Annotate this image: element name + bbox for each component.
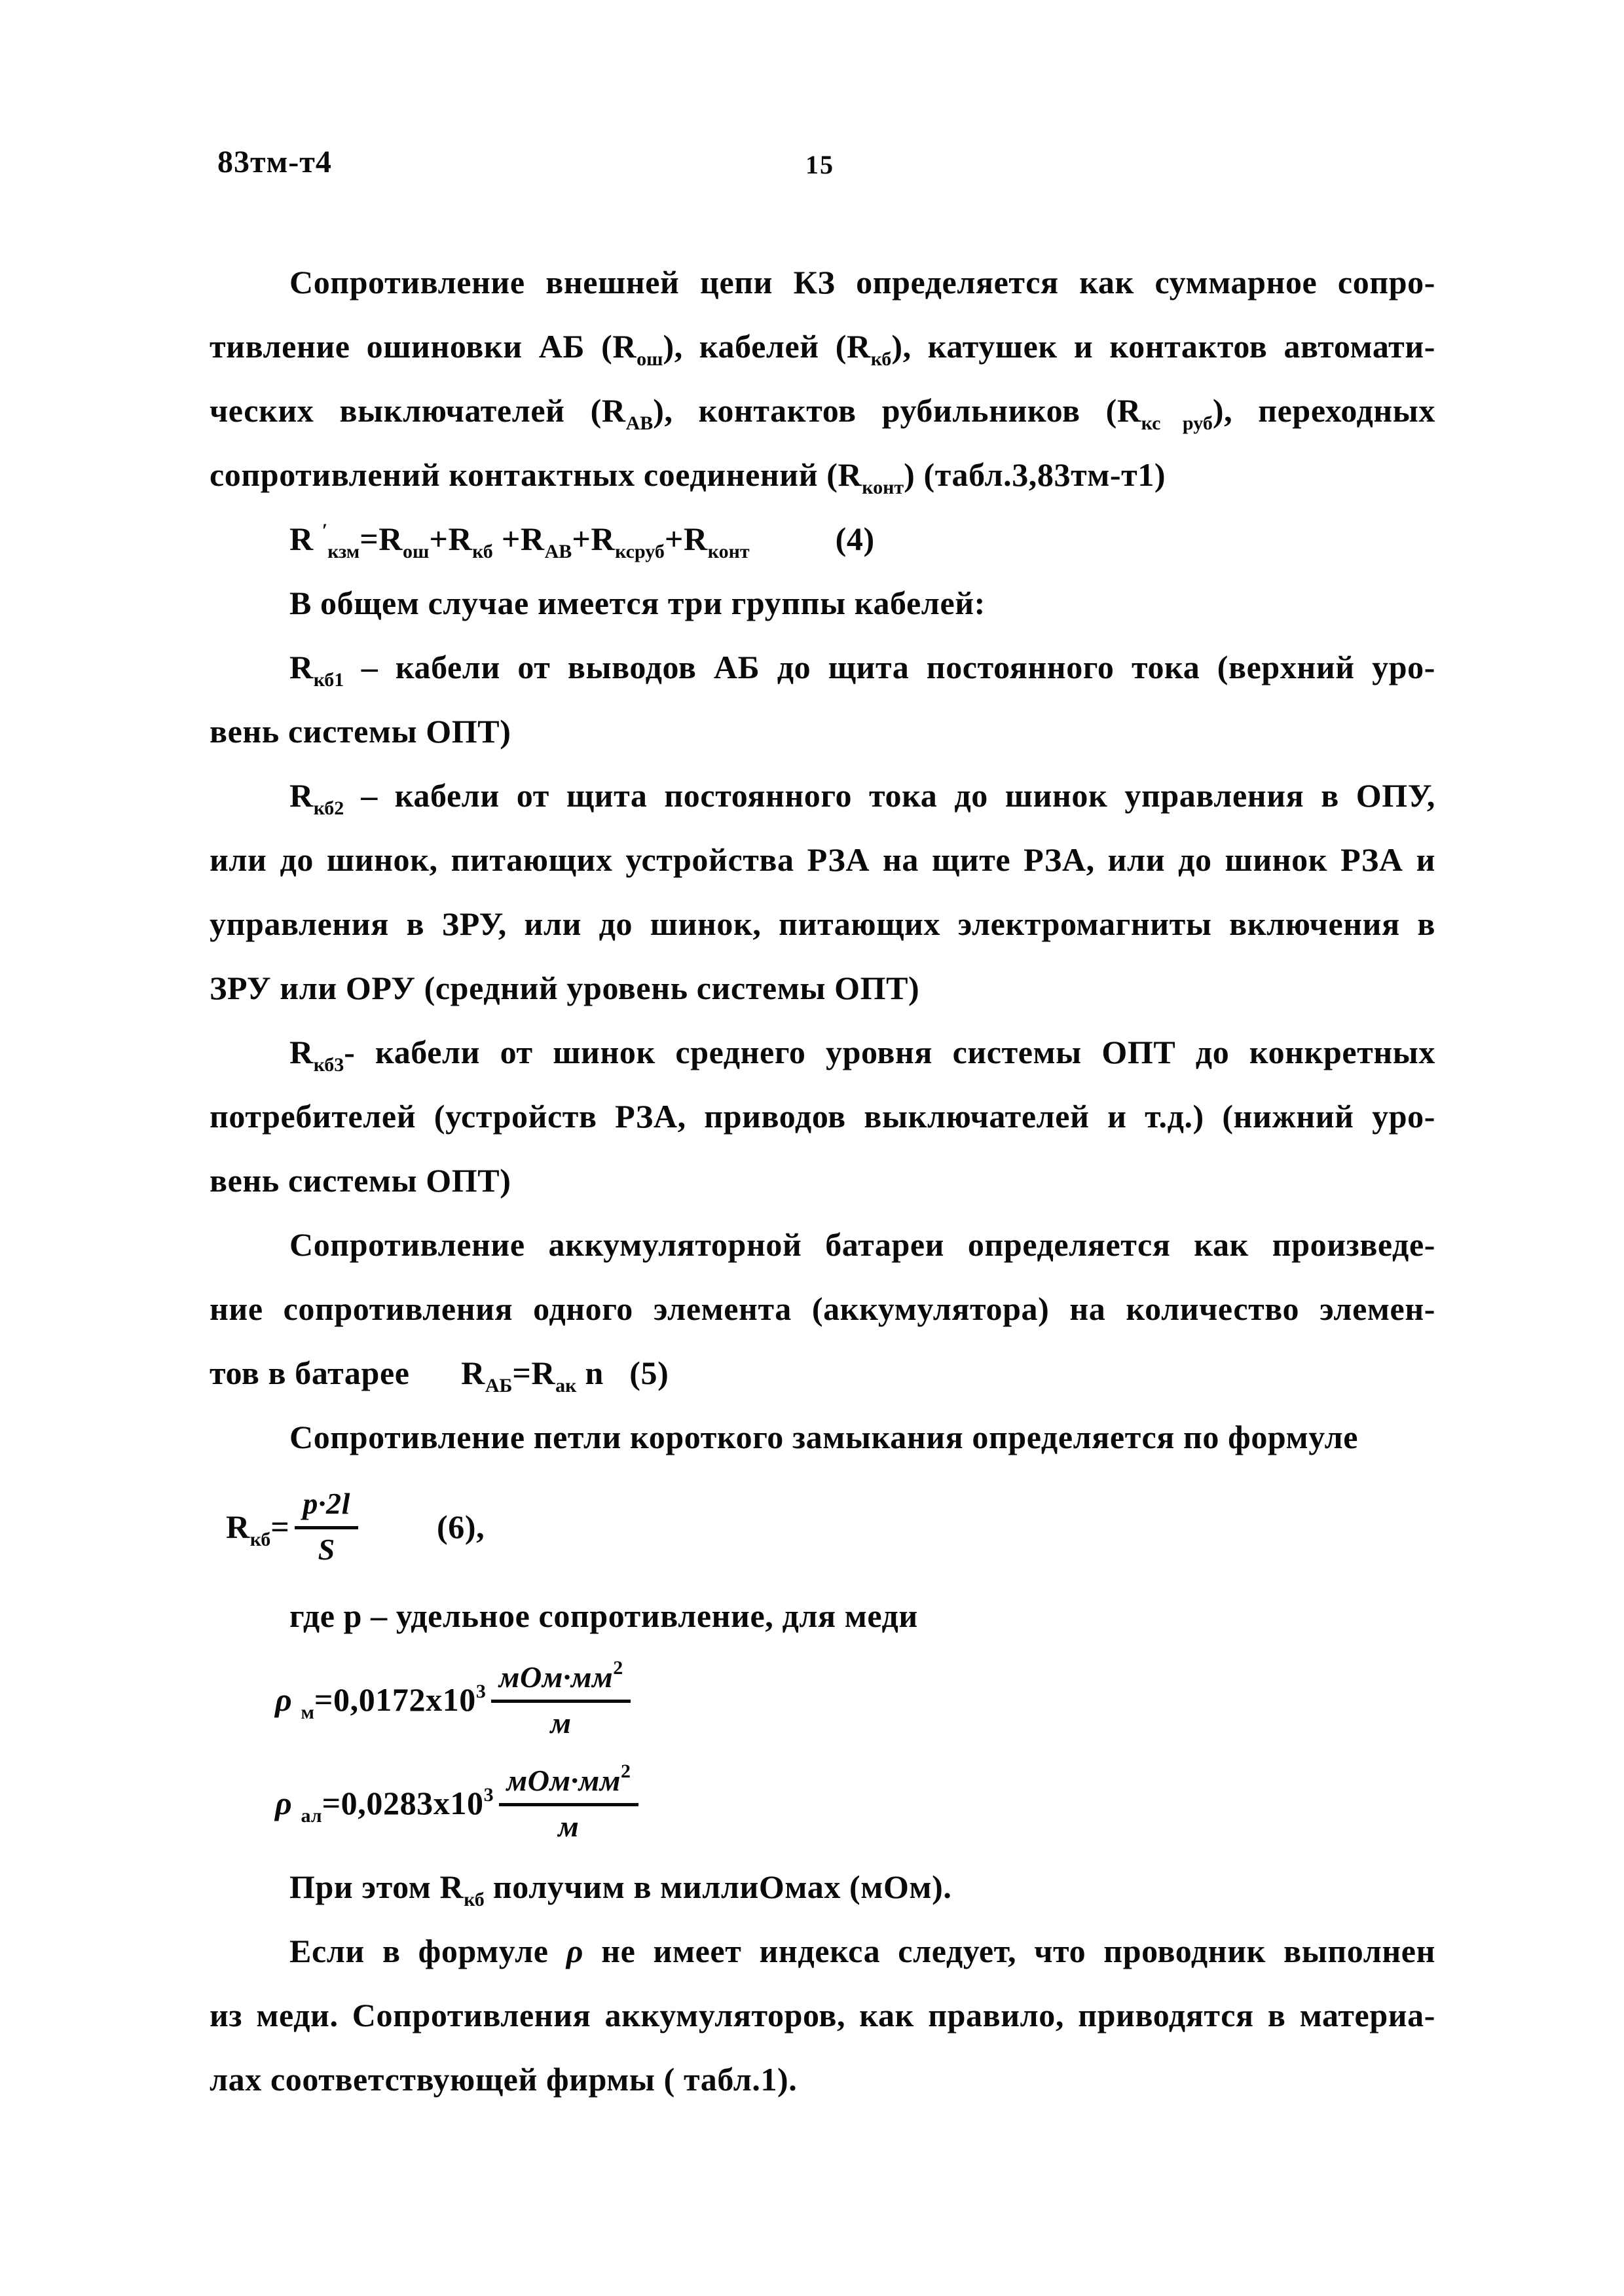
text-line: или до шинок, питающих устройства РЗА на… [210, 828, 1435, 892]
fraction-numerator: р·2l [295, 1486, 358, 1529]
text-line: вень системы ОПТ) [210, 699, 1435, 763]
text-line: Rкб2 – кабели от щита постоянного тока д… [210, 763, 1435, 828]
text-line: При этом Rкб получим в миллиОмах (мОм). [210, 1855, 1435, 1919]
document-body: Сопротивление внешней цепи КЗ определяет… [210, 250, 1435, 2111]
text-line: В общем случае имеется три группы кабеле… [210, 571, 1435, 635]
equation-number: (6), [437, 1495, 485, 1559]
text-line: ческих выключателей (RАВ), контактов руб… [210, 378, 1435, 443]
fraction-denominator: S [295, 1529, 358, 1567]
text-line: Сопротивление петли короткого замыкания … [210, 1405, 1435, 1469]
formula-line: Rкб=р·2lS(6), [210, 1469, 1435, 1584]
text-line: Rкб1 – кабели от выводов АБ до щита пост… [210, 635, 1435, 699]
equation-5-line: тов в батарее RАБ=Rак n (5) [210, 1341, 1435, 1405]
formula-line: ρ ал=0,0283x103мОм·мм2м [210, 1751, 1435, 1855]
document-page: 83тм-т4 15 Сопротивление внешней цепи КЗ… [0, 0, 1624, 2296]
equation-4-line: R ′кзм=Rош+Rкб +RАВ+Rксруб+Rконт (4) [210, 507, 1435, 571]
formula-lhs: ρ ал=0,0283x103 [275, 1771, 494, 1835]
text-line: Rкб3- кабели от шинок среднего уровня си… [210, 1020, 1435, 1084]
fraction-denominator: м [491, 1703, 631, 1740]
text-line: сопротивлений контактных соединений (Rко… [210, 443, 1435, 507]
fraction: мОм·мм2м [499, 1763, 638, 1843]
text-line: ЗРУ или ОРУ (средний уровень системы ОПТ… [210, 956, 1435, 1020]
text-line: ние сопротивления одного элемента (аккум… [210, 1277, 1435, 1341]
formula-lhs: Rкб= [226, 1495, 289, 1559]
text-line: Если в формуле ρ не имеет индекса следуе… [210, 1919, 1435, 1983]
text-line: управления в ЗРУ, или до шинок, питающих… [210, 892, 1435, 956]
document-code: 83тм-т4 [217, 145, 332, 179]
fraction: мОм·мм2м [491, 1660, 631, 1740]
text-line: вень системы ОПТ) [210, 1148, 1435, 1212]
fraction-denominator: м [499, 1806, 638, 1844]
text-line: Сопротивление аккумуляторной батареи опр… [210, 1212, 1435, 1277]
text-line: лах соответствующей фирмы ( табл.1). [210, 2047, 1435, 2111]
text-line: Сопротивление внешней цепи КЗ определяет… [210, 250, 1435, 314]
text-line: где р – удельное сопротивление, для меди [210, 1584, 1435, 1648]
fraction-numerator: мОм·мм2 [491, 1660, 631, 1703]
text-line: потребителей (устройств РЗА, приводов вы… [210, 1084, 1435, 1148]
text-line: тивление ошиновки АБ (Rош), кабелей (Rкб… [210, 314, 1435, 378]
page-number: 15 [805, 151, 834, 179]
text-line: из меди. Сопротивления аккумуляторов, ка… [210, 1983, 1435, 2047]
fraction-numerator: мОм·мм2 [499, 1763, 638, 1806]
formula-lhs: ρ м=0,0172x103 [275, 1667, 486, 1732]
fraction: р·2lS [295, 1486, 358, 1566]
formula-line: ρ м=0,0172x103мОм·мм2м [210, 1648, 1435, 1751]
